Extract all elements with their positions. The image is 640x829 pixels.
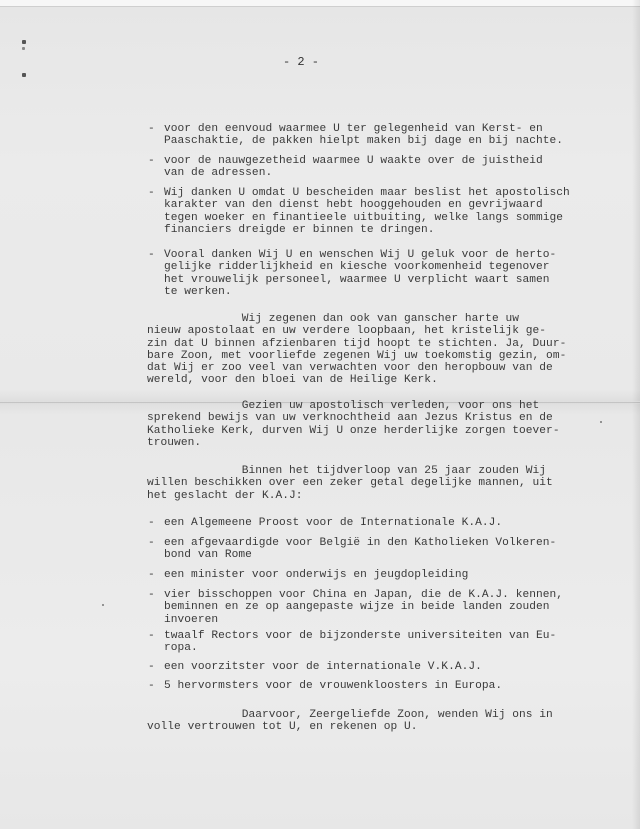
closing-paragraph: Daarvoor, Zeergeliefde Zoon, wenden Wij …	[147, 709, 553, 734]
thanks-item-text: voor den eenvoud waarmee U ter gelegenhe…	[164, 123, 563, 148]
wish-item-text: een afgevaardigde voor België in den Kat…	[164, 537, 556, 562]
bullet-dash: -	[148, 569, 155, 581]
wish-item-text: een minister voor onderwijs en jeugdople…	[164, 569, 468, 581]
wish-item-text: 5 hervormsters voor de vrouwenkloosters …	[164, 680, 502, 692]
thanks-item-text: voor de nauwgezetheid waarmee U waakte o…	[164, 155, 543, 180]
bullet-dash: -	[148, 589, 155, 601]
wish-item-text: vier bisschoppen voor China en Japan, di…	[164, 589, 563, 626]
bullet-dash: -	[148, 630, 155, 642]
paper-top-edge	[0, 0, 640, 7]
staple-mark	[22, 73, 26, 77]
page-number: - 2 -	[283, 55, 319, 69]
bullet-dash: -	[148, 680, 155, 692]
wish-item-text: een voorzitster voor de internationale V…	[164, 661, 482, 673]
bullet-dash: -	[148, 537, 155, 549]
wish-item-text: een Algemeene Proost voor de Internation…	[164, 517, 502, 529]
wish-item-text: twaalf Rectors voor de bijzonderste univ…	[164, 630, 556, 655]
paper-speck	[102, 604, 104, 606]
trust-paragraph: Gezien uw apostolisch verleden, voor ons…	[147, 400, 560, 449]
document-page: - 2 - -voor den eenvoud waarmee U ter ge…	[0, 0, 640, 829]
bullet-dash: -	[148, 517, 155, 529]
staple-mark	[22, 47, 25, 50]
paper-right-shadow	[632, 0, 640, 829]
bullet-dash: -	[148, 661, 155, 673]
request-paragraph: Binnen het tijdverloop van 25 jaar zoude…	[147, 465, 553, 502]
bullet-dash: -	[148, 155, 155, 167]
thanks-item-text: Vooral danken Wij U en wenschen Wij U ge…	[164, 249, 556, 298]
thanks-item-text: Wij danken U omdat U bescheiden maar bes…	[164, 187, 570, 236]
bullet-dash: -	[148, 187, 155, 199]
bullet-dash: -	[148, 249, 155, 261]
paper-speck	[600, 421, 602, 423]
blessing-paragraph: Wij zegenen dan ook van ganscher harte u…	[147, 313, 566, 387]
staple-mark	[22, 40, 26, 44]
bullet-dash: -	[148, 123, 155, 135]
